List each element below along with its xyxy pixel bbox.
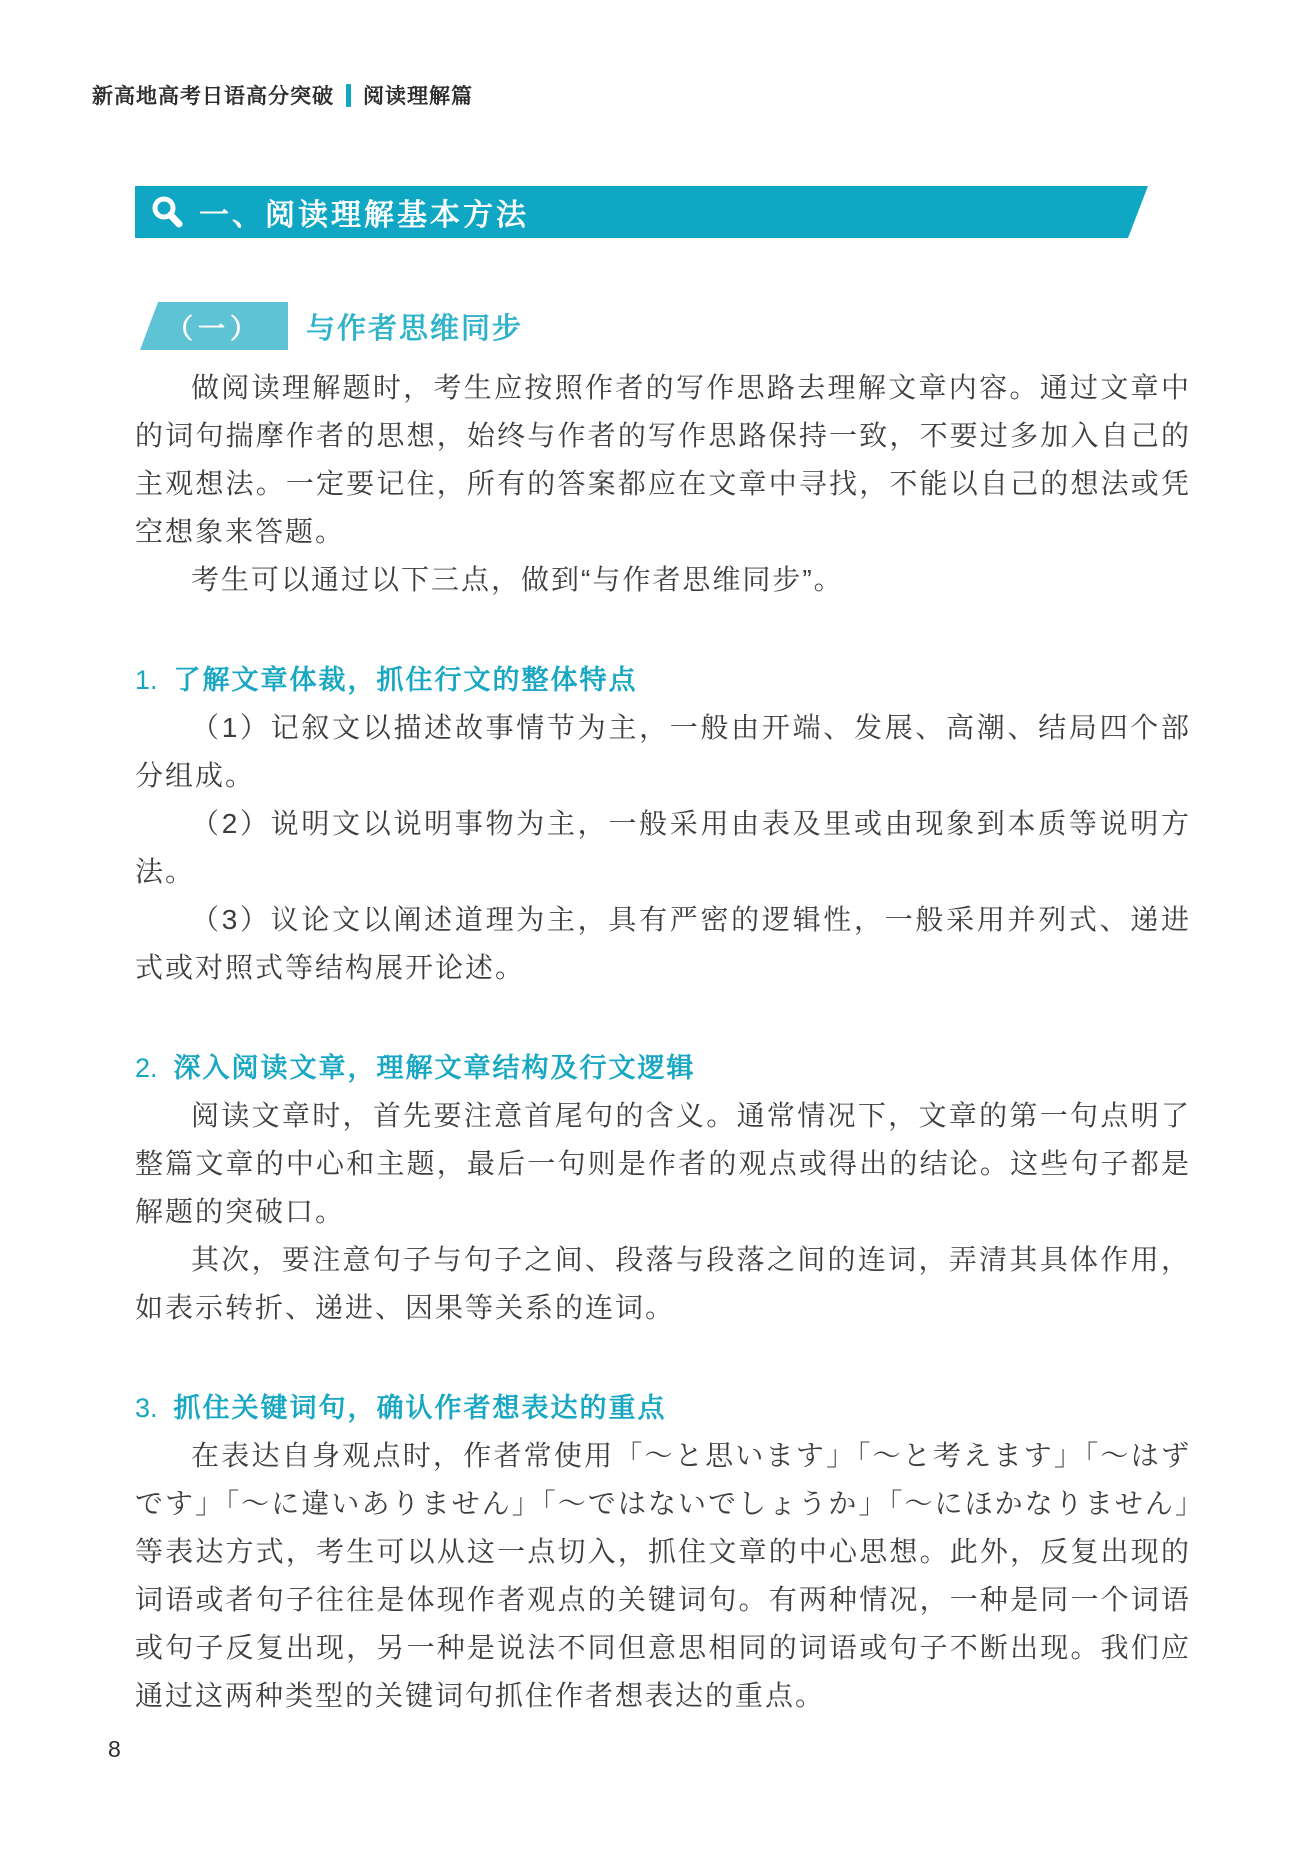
section-title: 与作者思维同步 <box>306 306 523 347</box>
book-page: 新高地高考日语高分突破 阅读理解篇 一、阅读理解基本方法 （一） 与作者思维同步… <box>0 0 1315 1852</box>
point-title: 抓住关键词句，确认作者想表达的重点 <box>174 1384 667 1432</box>
point-number: 3. <box>135 1384 158 1432</box>
chapter-banner: 一、阅读理解基本方法 <box>135 186 1148 238</box>
body-content: 做阅读理解题时，考生应按照作者的写作思路去理解文章内容。通过文章中的词句揣摩作者… <box>135 364 1191 1720</box>
point-title: 了解文章体裁，抓住行文的整体特点 <box>174 656 638 704</box>
intro-paragraph: 考生可以通过以下三点，做到“与作者思维同步”。 <box>135 556 1191 604</box>
point-heading-1: 1. 了解文章体裁，抓住行文的整体特点 <box>135 656 1191 704</box>
chapter-title: 一、阅读理解基本方法 <box>199 190 529 234</box>
point-paragraph: 其次，要注意句子与句子之间、段落与段落之间的连词，弄清其具体作用，如表示转折、递… <box>135 1236 1191 1332</box>
running-head-divider <box>346 84 351 107</box>
point-paragraph: （3）议论文以阐述道理为主，具有严密的逻辑性，一般采用并列式、递进式或对照式等结… <box>135 896 1191 992</box>
running-head-section-title: 阅读理解篇 <box>363 80 473 110</box>
point-paragraph: 在表达自身观点时，作者常使用「～と思います」「～と考えます」「～はずです」「～に… <box>135 1432 1191 1720</box>
page-number: 8 <box>108 1736 121 1763</box>
magnifier-icon <box>149 194 185 230</box>
point-number: 2. <box>135 1044 158 1092</box>
running-head: 新高地高考日语高分突破 阅读理解篇 <box>92 80 473 110</box>
running-head-book-title: 新高地高考日语高分突破 <box>92 80 334 110</box>
point-heading-2: 2. 深入阅读文章，理解文章结构及行文逻辑 <box>135 1044 1191 1092</box>
point-paragraph: （1）记叙文以描述故事情节为主，一般由开端、发展、高潮、结局四个部分组成。 <box>135 704 1191 800</box>
point-paragraph: （2）说明文以说明事物为主，一般采用由表及里或由现象到本质等说明方法。 <box>135 800 1191 896</box>
point-paragraph: 阅读文章时，首先要注意首尾句的含义。通常情况下，文章的第一句点明了整篇文章的中心… <box>135 1092 1191 1236</box>
point-title: 深入阅读文章，理解文章结构及行文逻辑 <box>174 1044 696 1092</box>
section-head: （一） 与作者思维同步 <box>140 302 523 350</box>
intro-paragraph: 做阅读理解题时，考生应按照作者的写作思路去理解文章内容。通过文章中的词句揣摩作者… <box>135 364 1191 556</box>
section-number-badge: （一） <box>140 302 288 350</box>
point-heading-3: 3. 抓住关键词句，确认作者想表达的重点 <box>135 1384 1191 1432</box>
point-number: 1. <box>135 656 158 704</box>
